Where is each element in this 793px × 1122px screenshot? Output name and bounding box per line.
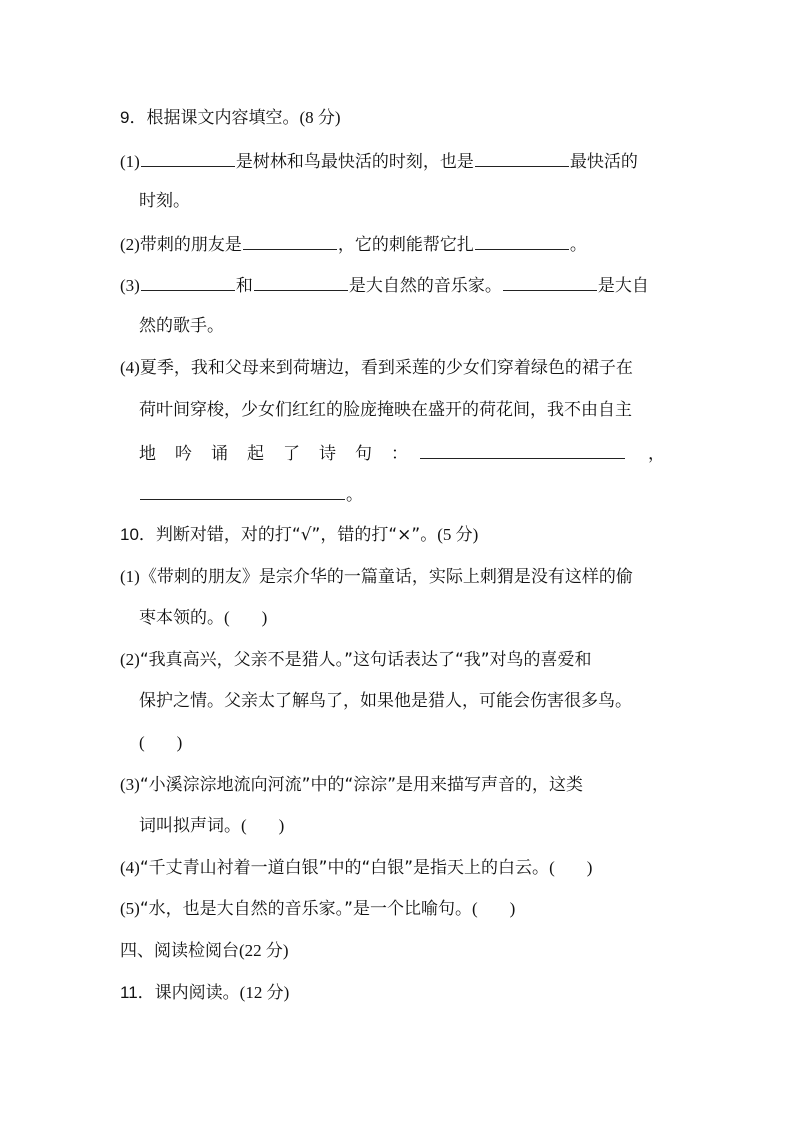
item-label: (3): [120, 775, 140, 794]
q10-item-3: (3)“小溪淙淙地流向河流”中的“淙淙”是用来描写声音的，这类: [120, 773, 680, 797]
item-text: 最快活的: [570, 152, 638, 172]
item-char: 诗: [319, 442, 355, 466]
answer-parentheses[interactable]: (): [549, 856, 592, 880]
fill-blank[interactable]: [243, 231, 337, 250]
item-char: 诵: [211, 442, 247, 466]
question-text: 判断对错，对的打“√”，错的打“×”。: [156, 525, 437, 545]
fill-blank[interactable]: [140, 481, 345, 500]
item-char: 吟: [175, 442, 211, 466]
item-text: 荷叶间穿梭，少女们红红的脸庞掩映在盛开的荷花间，我不由自主: [139, 400, 632, 420]
item-text: 然的歌手。: [139, 316, 224, 336]
q9-item-3-cont: 然的歌手。: [139, 314, 699, 338]
item-label: (1): [120, 152, 140, 171]
exam-page: 9．根据课文内容填空。(8 分) (1)是树林和鸟最快活的时刻，也是最快活的 时…: [0, 0, 793, 1122]
q9-item-2: (2)带刺的朋友是，它的刺能帮它扎。: [120, 231, 680, 257]
question-11-title: 11．课内阅读。(12 分): [120, 981, 680, 1005]
section-4-heading: 四、阅读检阅台(22 分): [120, 939, 680, 963]
section-title: 四、阅读检阅台: [120, 941, 239, 961]
question-number: 9．: [120, 108, 146, 127]
question-number: 10．: [120, 525, 156, 544]
fill-blank[interactable]: [475, 231, 569, 250]
fill-blank[interactable]: [475, 148, 569, 167]
answer-parentheses[interactable]: (): [472, 897, 515, 921]
item-text: 词叫拟声词。: [139, 816, 241, 836]
score: (5 分): [437, 525, 478, 544]
q9-item-1-cont: 时刻。: [139, 189, 699, 213]
item-text: ，: [648, 444, 665, 464]
question-text: 根据课文内容填空。: [146, 108, 299, 128]
q9-item-4-line3: 地吟诵起了诗句：，: [139, 440, 699, 466]
item-text: 夏季，我和父母来到荷塘边，看到采莲的少女们穿着绿色的裙子在: [140, 358, 633, 378]
q10-item-4: (4)“千丈青山衬着一道白银”中的“白银”是指天上的白云。(): [120, 856, 680, 880]
item-label: (3): [120, 276, 140, 295]
fill-blank[interactable]: [141, 148, 235, 167]
q10-item-2: (2)“我真高兴，父亲不是猎人。”这句话表达了“我”对鸟的喜爱和: [120, 648, 680, 672]
item-char: ：: [391, 442, 419, 466]
item-text: 是大自: [598, 276, 649, 296]
item-text: 时刻。: [139, 191, 190, 211]
q10-item-2-line2: 保护之情。父亲太了解鸟了，如果他是猎人，可能会伤害很多鸟。: [139, 689, 699, 713]
q10-item-5: (5)“水，也是大自然的音乐家。”是一个比喻句。(): [120, 897, 680, 921]
question-number: 11．: [120, 983, 155, 1002]
q10-item-3-line2: 词叫拟声词。(): [139, 814, 699, 838]
item-char: 地: [139, 442, 175, 466]
item-label: (2): [120, 650, 140, 669]
item-text: 是大自然的音乐家。: [349, 276, 502, 296]
item-text: 是树林和鸟最快活的时刻，也是: [236, 152, 474, 172]
item-label: (5): [120, 899, 140, 918]
item-text: ，它的刺能帮它扎: [338, 235, 474, 255]
item-text: 枣本领的。: [139, 608, 224, 628]
fill-blank[interactable]: [503, 272, 597, 291]
q9-item-4: (4)夏季，我和父母来到荷塘边，看到采莲的少女们穿着绿色的裙子在: [120, 356, 680, 380]
q9-item-1: (1)是树林和鸟最快活的时刻，也是最快活的: [120, 148, 680, 174]
question-10-title: 10．判断对错，对的打“√”，错的打“×”。(5 分): [120, 523, 680, 547]
item-text: “水，也是大自然的音乐家。”是一个比喻句。: [140, 899, 472, 919]
q10-item-1: (1)《带刺的朋友》是宗介华的一篇童话，实际上刺猬是没有这样的偷: [120, 565, 680, 589]
question-text: 课内阅读。: [155, 983, 240, 1003]
item-text: “我真高兴，父亲不是猎人。”这句话表达了“我”对鸟的喜爱和: [140, 650, 592, 670]
fill-blank[interactable]: [141, 272, 235, 291]
q10-item-1-line2: 枣本领的。(): [139, 606, 699, 630]
item-label: (2): [120, 235, 140, 254]
item-text: 带刺的朋友是: [140, 235, 242, 255]
q9-item-4-line4: 。: [139, 481, 699, 507]
score: (12 分): [240, 983, 290, 1002]
score: (8 分): [299, 108, 340, 127]
fill-blank[interactable]: [254, 272, 348, 291]
fill-blank[interactable]: [420, 440, 625, 459]
q10-item-2-line3: (): [139, 731, 699, 755]
answer-parentheses[interactable]: (): [241, 814, 284, 838]
q9-item-4-line2: 荷叶间穿梭，少女们红红的脸庞掩映在盛开的荷花间，我不由自主: [139, 398, 699, 422]
item-label: (4): [120, 858, 140, 877]
item-text: 。: [570, 235, 587, 255]
item-text: 和: [236, 276, 253, 296]
item-text: “小溪淙淙地流向河流”中的“淙淙”是用来描写声音的，这类: [140, 775, 583, 795]
item-label: (1): [120, 567, 140, 586]
item-char: 起: [247, 442, 283, 466]
item-char: 句: [355, 442, 391, 466]
answer-parentheses[interactable]: (): [224, 606, 267, 630]
score: (22 分): [239, 941, 289, 960]
item-char: 了: [283, 442, 319, 466]
answer-parentheses[interactable]: (): [139, 731, 182, 755]
item-text: 。: [346, 485, 363, 505]
question-9-title: 9．根据课文内容填空。(8 分): [120, 106, 680, 130]
item-text: “千丈青山衬着一道白银”中的“白银”是指天上的白云。: [140, 858, 549, 878]
item-label: (4): [120, 358, 140, 377]
item-text: 保护之情。父亲太了解鸟了，如果他是猎人，可能会伤害很多鸟。: [139, 691, 632, 711]
q9-item-3: (3)和是大自然的音乐家。是大自: [120, 272, 680, 298]
item-text: 《带刺的朋友》是宗介华的一篇童话，实际上刺猬是没有这样的偷: [140, 567, 633, 587]
